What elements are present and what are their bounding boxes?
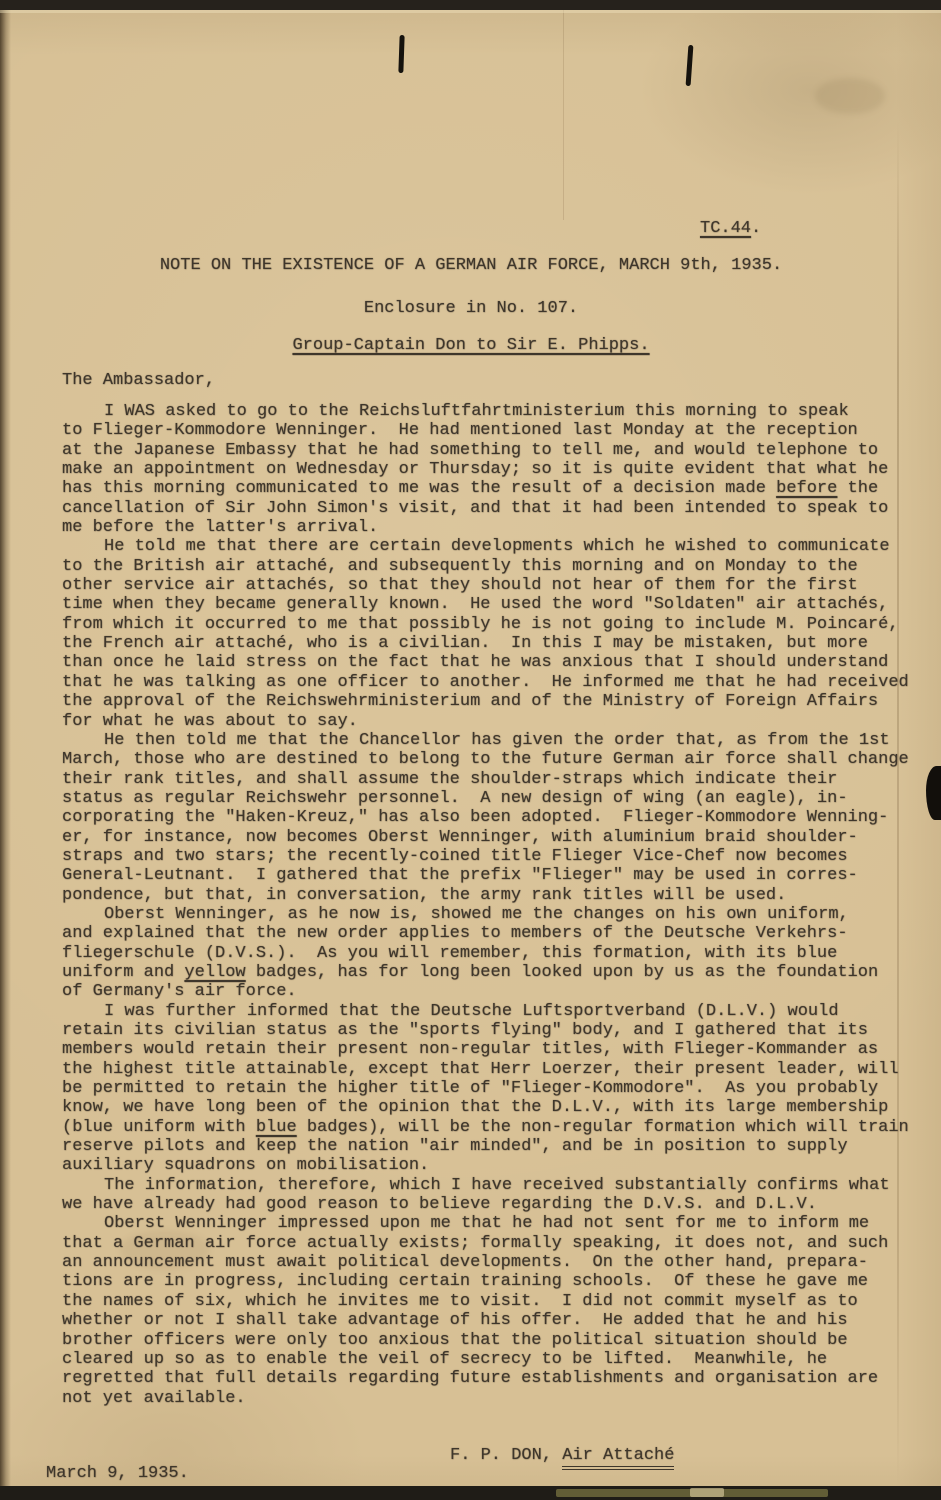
text-line: cancellation of Sir John Simon's visit, … [62, 499, 922, 518]
text-line: we have already had good reason to belie… [62, 1195, 922, 1214]
date-line: March 9, 1935. [46, 1464, 189, 1483]
enclosure-line: Enclosure in No. 107. [24, 299, 918, 318]
text-line: er, for instance, now becomes Oberst Wen… [62, 828, 922, 847]
text-line: make an appointment on Wednesday or Thur… [62, 460, 922, 479]
reference-number-text: TC.44 [700, 219, 751, 238]
reference-number: TC.44. [700, 219, 761, 238]
signature-role: Air Attaché [562, 1446, 674, 1470]
signature-name: F. P. DON, [450, 1446, 562, 1465]
text-line: the names of six, which he invites me to… [62, 1292, 922, 1311]
text-line: their rank titles, and shall assume the … [62, 770, 922, 789]
paragraph: I was further informed that the Deutsche… [62, 1002, 922, 1176]
paragraph: Oberst Wenninger, as he now is, showed m… [62, 905, 922, 1002]
paragraph: The information, therefore, which I have… [62, 1176, 922, 1215]
text-line: straps and two stars; the recently-coine… [62, 847, 922, 866]
paragraph: I WAS asked to go to the Reichsluftfahrt… [62, 402, 922, 537]
text-line: Oberst Wenninger impressed upon me that … [62, 1214, 922, 1233]
text-line: not yet available. [62, 1389, 922, 1408]
text-line: time when they became generally known. H… [62, 595, 922, 614]
text-line: cleared up so as to enable the veil of s… [62, 1350, 922, 1369]
text-line: of Germany's air force. [62, 982, 922, 1001]
document-heading: Group-Captain Don to Sir E. Phipps. [24, 336, 918, 355]
text-line: regretted that full details regarding fu… [62, 1369, 922, 1388]
text-line: fliegerschule (D.V.S.). As you will reme… [62, 944, 922, 963]
text-line: pondence, but that, in conversation, the… [62, 886, 922, 905]
underlined-word: before [776, 479, 837, 498]
text-line: members would retain their present non-r… [62, 1040, 922, 1059]
text-line: I was further informed that the Deutsche… [62, 1002, 922, 1021]
text-line: to the British air attaché, and subseque… [62, 557, 922, 576]
text-line: He told me that there are certain develo… [62, 537, 922, 556]
text-line: to Flieger-Kommodore Wenninger. He had m… [62, 421, 922, 440]
paragraph: He then told me that the Chancellor has … [62, 731, 922, 905]
underlined-word: blue [256, 1118, 297, 1137]
text-line: General-Leutnant. I gathered that the pr… [62, 866, 922, 885]
text-line: an announcement must await political dev… [62, 1253, 922, 1272]
text-line: status as regular Reichswehr personnel. … [62, 789, 922, 808]
text-line: know, we have long been of the opinion t… [62, 1098, 922, 1117]
text-line: auxiliary squadrons on mobilisation. [62, 1156, 922, 1175]
paragraph: He told me that there are certain develo… [62, 537, 922, 730]
text-line: and explained that the new order applies… [62, 924, 922, 943]
text-line: from which it occurred to me that possib… [62, 615, 922, 634]
scan-bottom-edge [0, 1486, 941, 1500]
signature-line: F. P. DON, Air Attaché [450, 1446, 674, 1465]
text-line: for what he was about to say. [62, 712, 922, 731]
text-line: corporating the "Haken-Kreuz," has also … [62, 808, 922, 827]
text-line: whether or not I shall take advantage of… [62, 1311, 922, 1330]
text-line: be permitted to retain the higher title … [62, 1079, 922, 1098]
paper-crease [563, 10, 564, 220]
text-line: the approval of the Reichswehrministeriu… [62, 692, 922, 711]
text-line: has this morning communicated to me was … [62, 479, 922, 498]
scan-top-edge [0, 0, 941, 10]
underlined-word: yellow [184, 963, 245, 982]
text-line: I WAS asked to go to the Reichsluftfahrt… [62, 402, 922, 421]
reference-number-suffix: . [751, 219, 761, 238]
document-heading-text: Group-Captain Don to Sir E. Phipps. [292, 336, 649, 355]
paper-tear [926, 766, 941, 820]
text-line: me before the latter's arrival. [62, 518, 922, 537]
next-page-fragment [690, 1488, 724, 1497]
scanned-document: TC.44. NOTE ON THE EXISTENCE OF A GERMAN… [0, 0, 941, 1500]
fastener-slit-right [686, 45, 694, 86]
text-line: the French air attaché, who is a civilia… [62, 634, 922, 653]
text-line: The information, therefore, which I have… [62, 1176, 922, 1195]
text-line: He then told me that the Chancellor has … [62, 731, 922, 750]
text-line: at the Japanese Embassy that he had some… [62, 441, 922, 460]
text-line: (blue uniform with blue badges), will be… [62, 1118, 922, 1137]
paper-page: TC.44. NOTE ON THE EXISTENCE OF A GERMAN… [0, 0, 941, 1500]
document-body: I WAS asked to go to the Reichsluftfahrt… [62, 402, 922, 1408]
text-line: uniform and yellow badges, has for long … [62, 963, 922, 982]
text-line: reserve pilots and keep the nation "air … [62, 1137, 922, 1156]
text-line: brother officers were only too anxious t… [62, 1331, 922, 1350]
text-line: that he was talking as one officer to an… [62, 673, 922, 692]
text-line: Oberst Wenninger, as he now is, showed m… [62, 905, 922, 924]
text-line: March, those who are destined to belong … [62, 750, 922, 769]
text-line: the highest title attainable, except tha… [62, 1060, 922, 1079]
text-line: tions are in progress, including certain… [62, 1272, 922, 1291]
salutation: The Ambassador, [62, 371, 215, 390]
text-line: that a German air force actually exists;… [62, 1234, 922, 1253]
paragraph: Oberst Wenninger impressed upon me that … [62, 1214, 922, 1407]
text-line: than once he laid stress on the fact tha… [62, 653, 922, 672]
text-line: other service air attachés, so that they… [62, 576, 922, 595]
fastener-slit-left [398, 35, 404, 73]
paper-stain [815, 78, 885, 114]
text-line: retain its civilian status as the "sport… [62, 1021, 922, 1040]
document-title: NOTE ON THE EXISTENCE OF A GERMAN AIR FO… [24, 256, 918, 275]
